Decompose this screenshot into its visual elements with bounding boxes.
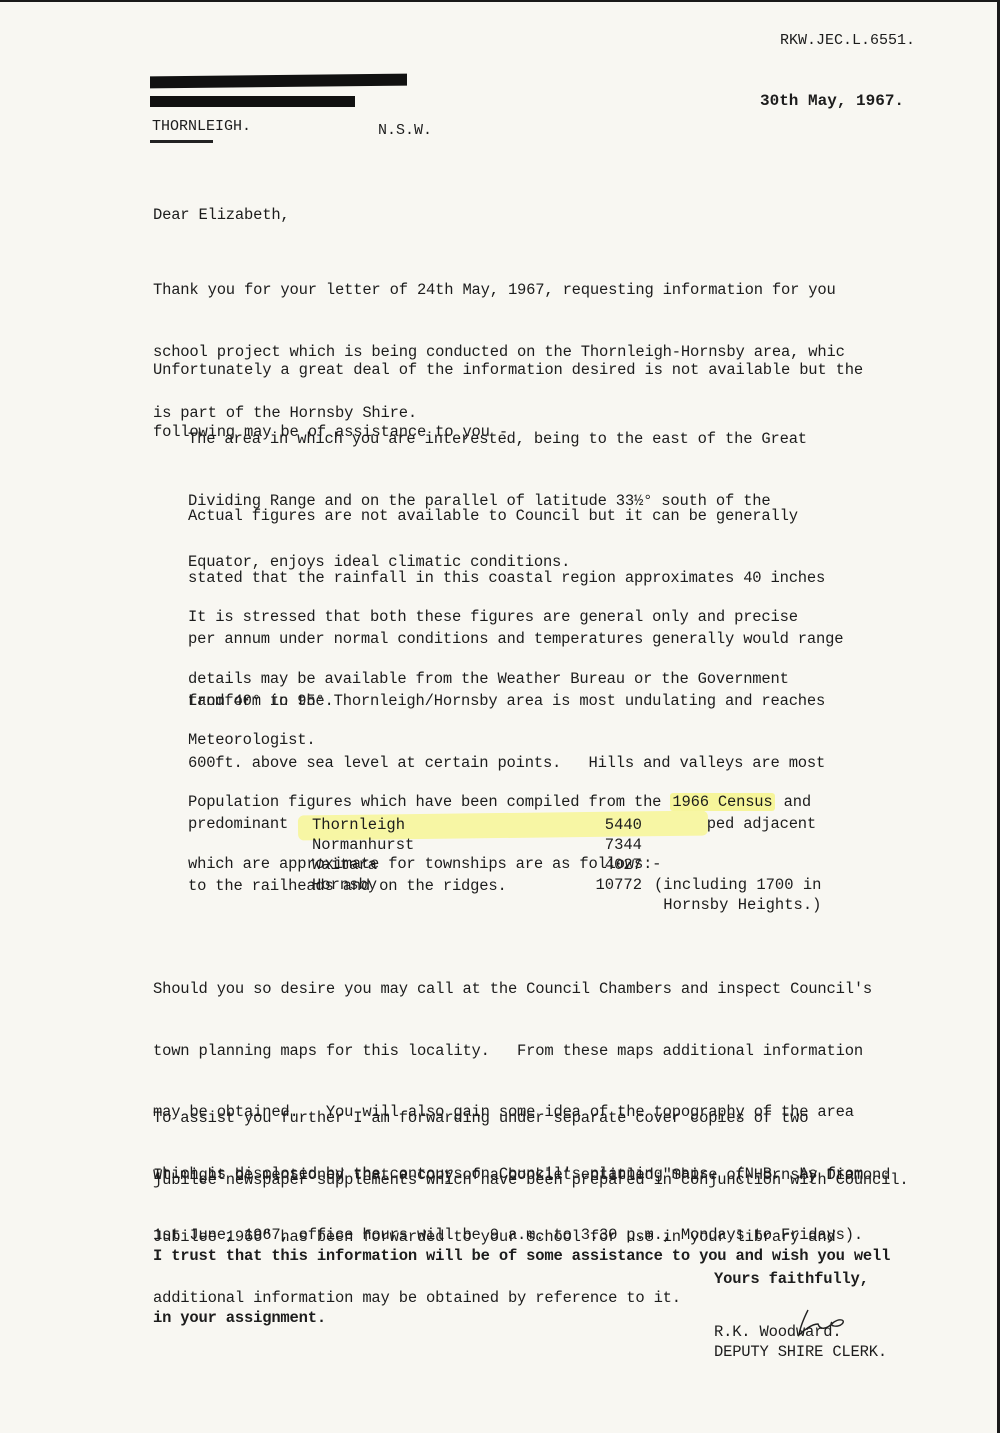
text-line: It might be mentioned that a copy of a b… [153,1165,890,1186]
note-line: (including 1700 in [654,875,874,895]
text-line: town planning maps for this locality. Fr… [153,1041,872,1062]
table-row: Thornleigh 5440 [312,815,874,835]
salutation: Dear Elizabeth, [153,205,290,226]
note-line: Hornsby Heights.) [654,895,874,915]
population-table: Thornleigh 5440 Normanhurst 7344 Waitara… [312,815,874,915]
township-name: Normanhurst [312,835,582,855]
text-line: The area in which you are interested, be… [188,429,807,450]
reference-number: RKW.JEC.L.6551. [780,32,915,49]
table-row: Hornsby 10772 (including 1700 in Hornsby… [312,875,874,915]
township-population: 10772 [582,875,654,915]
signatory-title: DEPUTY SHIRE CLERK. [714,1342,887,1363]
township-note [654,835,874,855]
text-line: I trust that this information will be of… [153,1246,890,1267]
text-line: Actual figures are not available to Coun… [188,506,843,527]
township-population: 4027 [582,855,654,875]
table-row: Normanhurst 7344 [312,835,874,855]
address-city: THORNLEIGH. [152,118,251,135]
text-segment: and [775,793,811,811]
text-line: Should you so desire you may call at the… [153,979,872,1000]
text-line: Unfortunately a great deal of the inform… [153,360,863,381]
address-state: N.S.W. [378,122,432,139]
township-note [654,855,874,875]
text-line: Landform in the Thornleigh/Hornsby area … [188,691,825,712]
township-population: 7344 [582,835,654,855]
redacted-name-line [150,74,407,89]
text-line: Thank you for your letter of 24th May, 1… [153,280,845,301]
township-note [654,815,874,835]
address-underline [150,140,213,143]
township-name: Hornsby [312,875,582,915]
township-population: 5440 [582,815,654,835]
redacted-street-line [150,96,355,107]
closing-phrase: Yours faithfully, [714,1269,869,1290]
township-name: Thornleigh [312,815,582,835]
signatory-name: R.K. Woodward. [714,1322,841,1343]
township-note: (including 1700 in Hornsby Heights.) [654,875,874,915]
text-segment: Population figures which have been compi… [188,793,670,811]
township-name: Waitara [312,855,582,875]
text-line: It is stressed that both these figures a… [188,607,798,628]
letter-page: RKW.JEC.L.6551. 30th May, 1967. THORNLEI… [0,2,997,1433]
letter-date: 30th May, 1967. [760,92,904,110]
highlighted-census: 1966 Census [670,793,774,811]
table-row: Waitara 4027 [312,855,874,875]
text-line: Population figures which have been compi… [188,792,811,813]
